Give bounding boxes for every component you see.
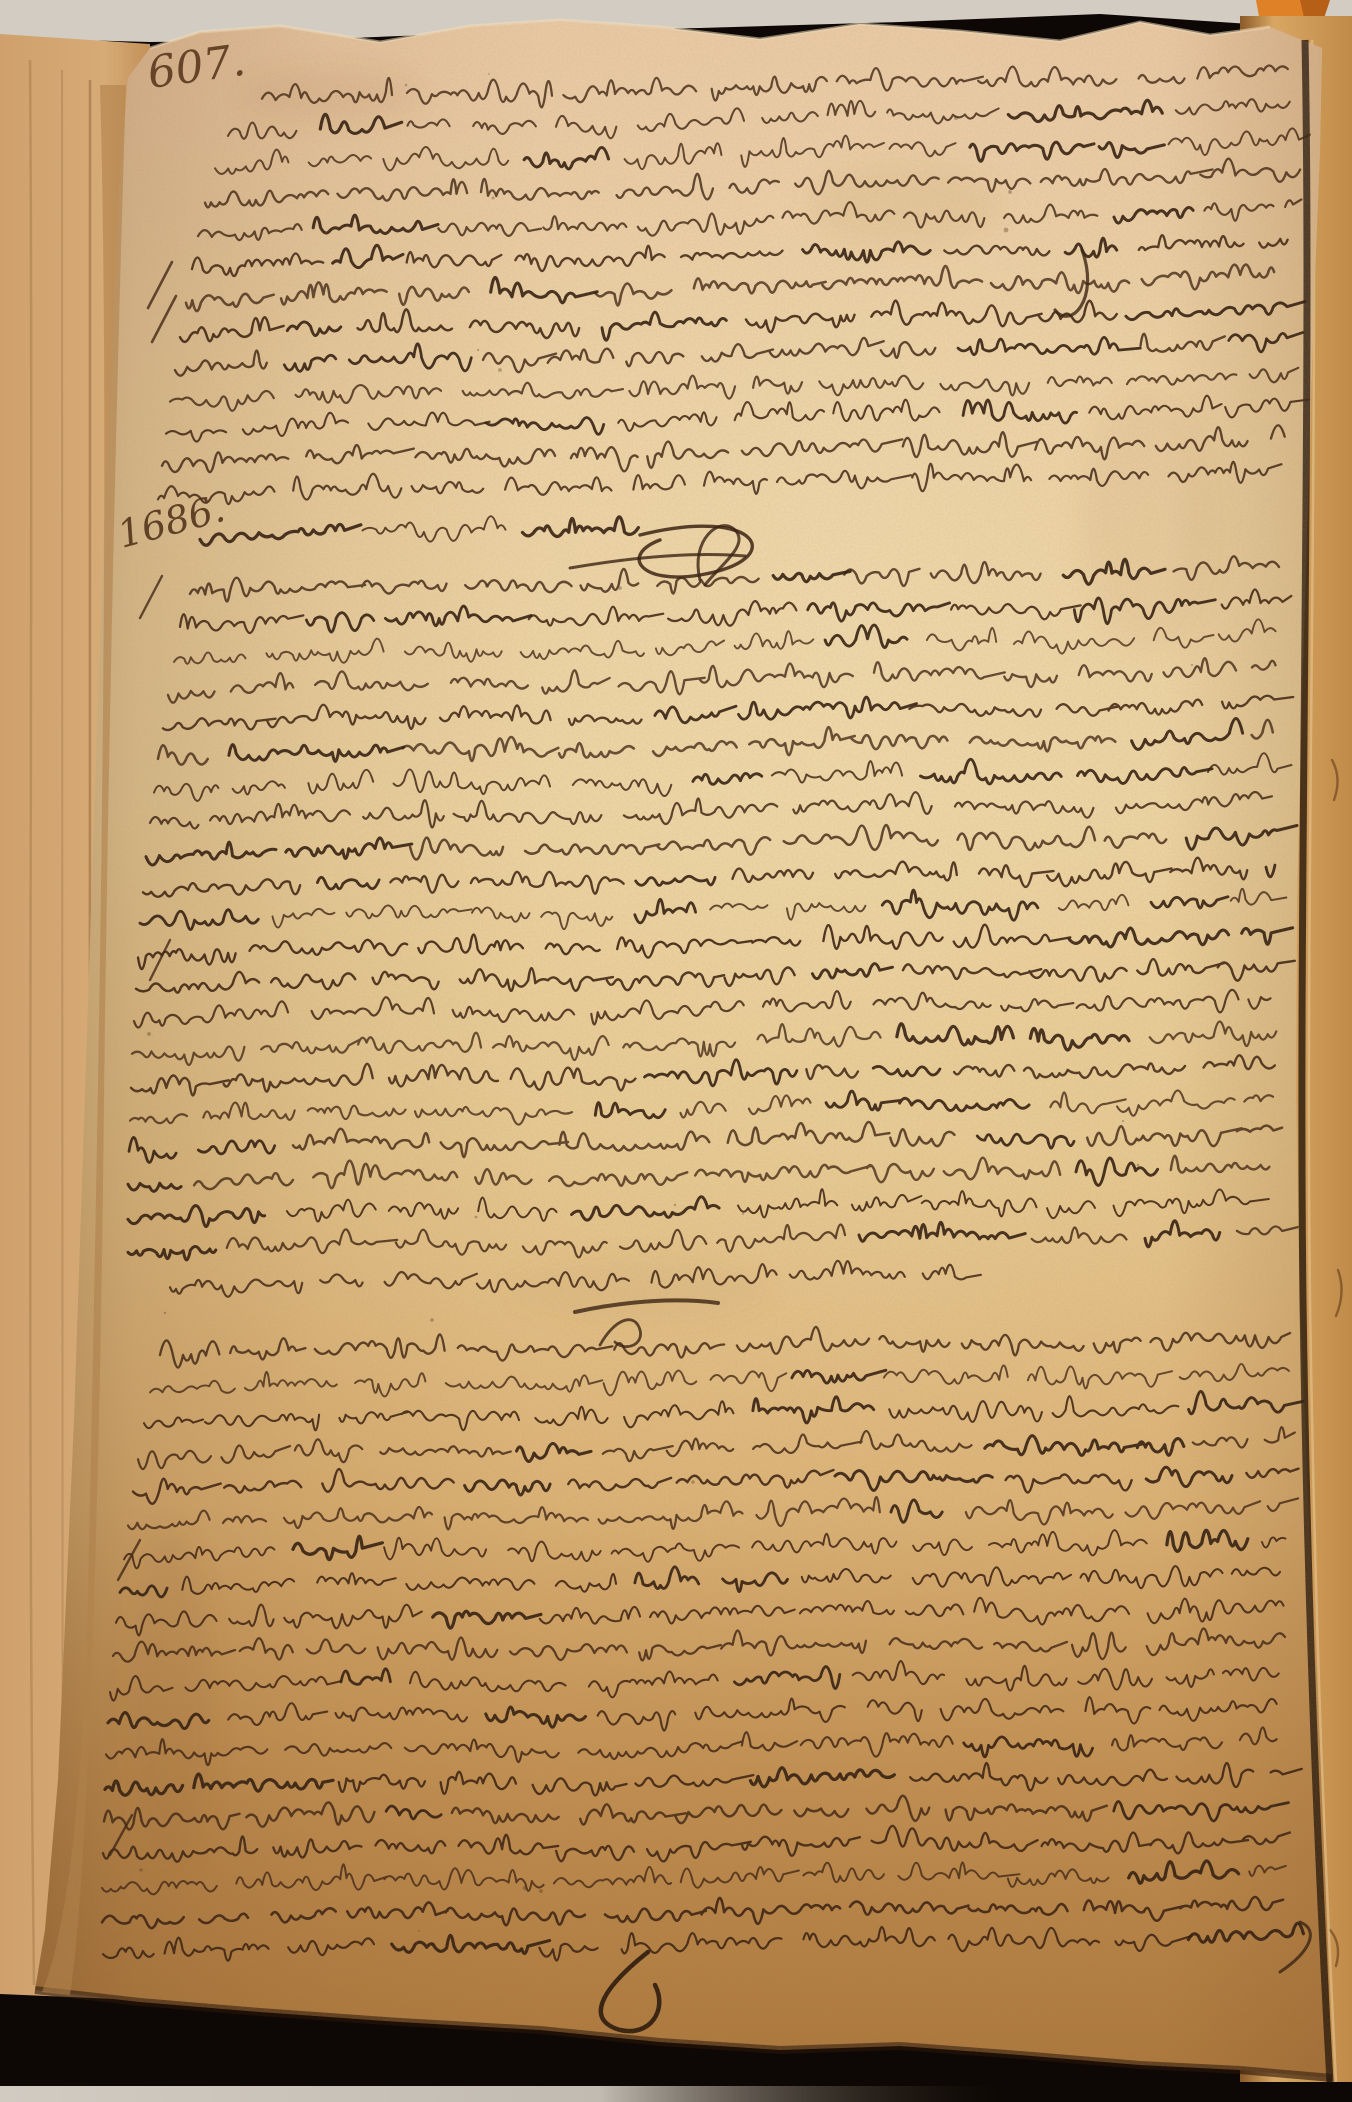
manuscript-photo: 607. 1686. — [0, 0, 1352, 2102]
table-surface-bottom — [0, 2086, 1000, 2102]
